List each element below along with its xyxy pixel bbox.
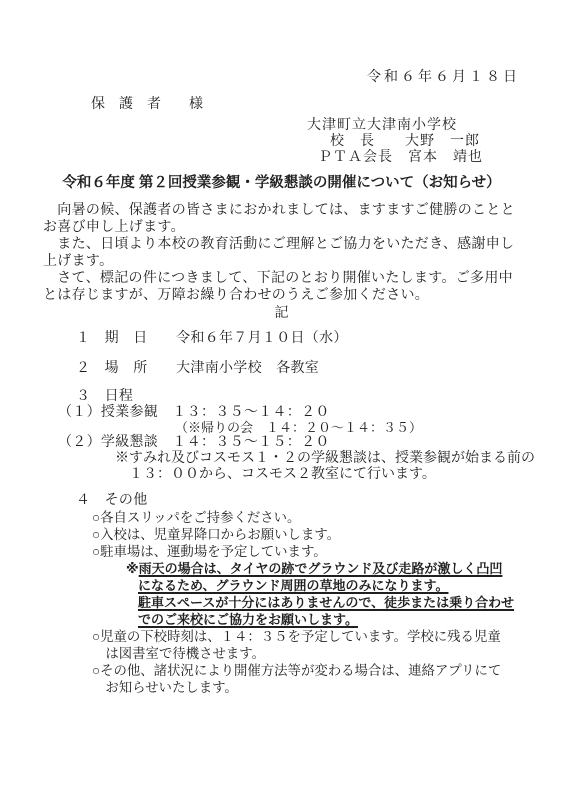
- document-title: 令和６年度 第２回授業参観・学級懇談の開催について（お知らせ）: [43, 174, 520, 193]
- bullet-entrance: ○入校は、児童昇降口からお願いします。: [43, 526, 520, 543]
- schedule-section: ３ 日程 （１）授業参観 １３：３５～１４：２０ （※帰りの会 １４：２０～１４…: [43, 389, 520, 483]
- document-page: 令和６年６月１８日 保 護 者 様 大津町立大津南小学校 校 長 大野 一郎 Ｐ…: [0, 0, 566, 800]
- bullet-parking: ○駐車場は、運動場を予定しています。: [43, 543, 520, 560]
- warning-line: 駐車スペースが十分にはありませんので、徒歩または乗り合わせ: [126, 594, 520, 611]
- document-date: 令和６年６月１８日: [43, 70, 520, 86]
- warning-line: になるため、グラウンド周囲の草地のみになります。: [126, 577, 520, 594]
- sender-block: 大津町立大津南小学校 校 長 大野 一郎 ＰＴＡ会長 宮本 靖也: [43, 118, 520, 166]
- greeting-paragraphs: 向暑の候、保護者の皆さまにおかれましては、ますますご健勝のことと お喜び申し上げ…: [43, 202, 520, 304]
- warning-line: ※雨天の場合は、タイヤの跡でグラウンド及び走路が激しく凸凹: [126, 560, 520, 577]
- others-heading: ４ その他: [43, 493, 520, 509]
- bullet-dismissal-time: ○児童の下校時刻は、１４：３５を予定しています。学校に残る児童 は図書室で待機さ…: [43, 628, 520, 662]
- schedule-homeroom-note: （※帰りの会 １４：２０～１４：３５）: [43, 421, 520, 435]
- sender-school-name: 大津町立大津南小学校: [43, 118, 520, 134]
- item-event-date: １ 期 日 令和６年７月１０日（水）: [43, 331, 520, 347]
- rainy-day-parking-warning: ※雨天の場合は、タイヤの跡でグラウンド及び走路が激しく凸凹 になるため、グラウン…: [43, 560, 520, 628]
- warning-text-3: 駐車スペースが十分にはありませんので、徒歩または乗り合わせ: [138, 595, 514, 610]
- bullet-slippers: ○各自スリッパをご持参ください。: [43, 509, 520, 526]
- schedule-class-meeting: （２）学級懇談 １４：３５～１５：２０: [43, 435, 520, 451]
- schedule-cosmos-note: ※すみれ及びコスモス１・２の学級懇談は、授業参観が始まる前の １３：００から、コ…: [43, 451, 520, 483]
- bullet-change-notice: ○その他、諸状況により開催方法等が変わる場合は、連絡アプリにて お知らせいたしま…: [43, 662, 520, 696]
- warning-text-1: 雨天の場合は、タイヤの跡でグラウンド及び走路が激しく凸凹: [139, 561, 503, 576]
- item-event-place: ２ 場 所 大津南小学校 各教室: [43, 361, 520, 377]
- schedule-heading: ３ 日程: [43, 389, 520, 405]
- schedule-class-observation: （１）授業参観 １３：３５～１４：２０: [43, 405, 520, 421]
- record-marker: 記: [43, 306, 520, 322]
- warning-text-4: でのご来校にご協力をお願いします。: [138, 612, 358, 627]
- warning-text-2: になるため、グラウンド周囲の草地のみになります。: [138, 578, 448, 593]
- warning-line: でのご来校にご協力をお願いします。: [126, 611, 520, 628]
- sender-principal-name: 校 長 大野 一郎: [43, 134, 520, 150]
- addressee: 保 護 者 様: [43, 98, 520, 112]
- sender-pta-chair-name: ＰＴＡ会長 宮本 靖也: [43, 150, 520, 166]
- warning-prefix: ※: [126, 561, 139, 576]
- others-section: ４ その他 ○各自スリッパをご持参ください。 ○入校は、児童昇降口からお願いしま…: [43, 493, 520, 696]
